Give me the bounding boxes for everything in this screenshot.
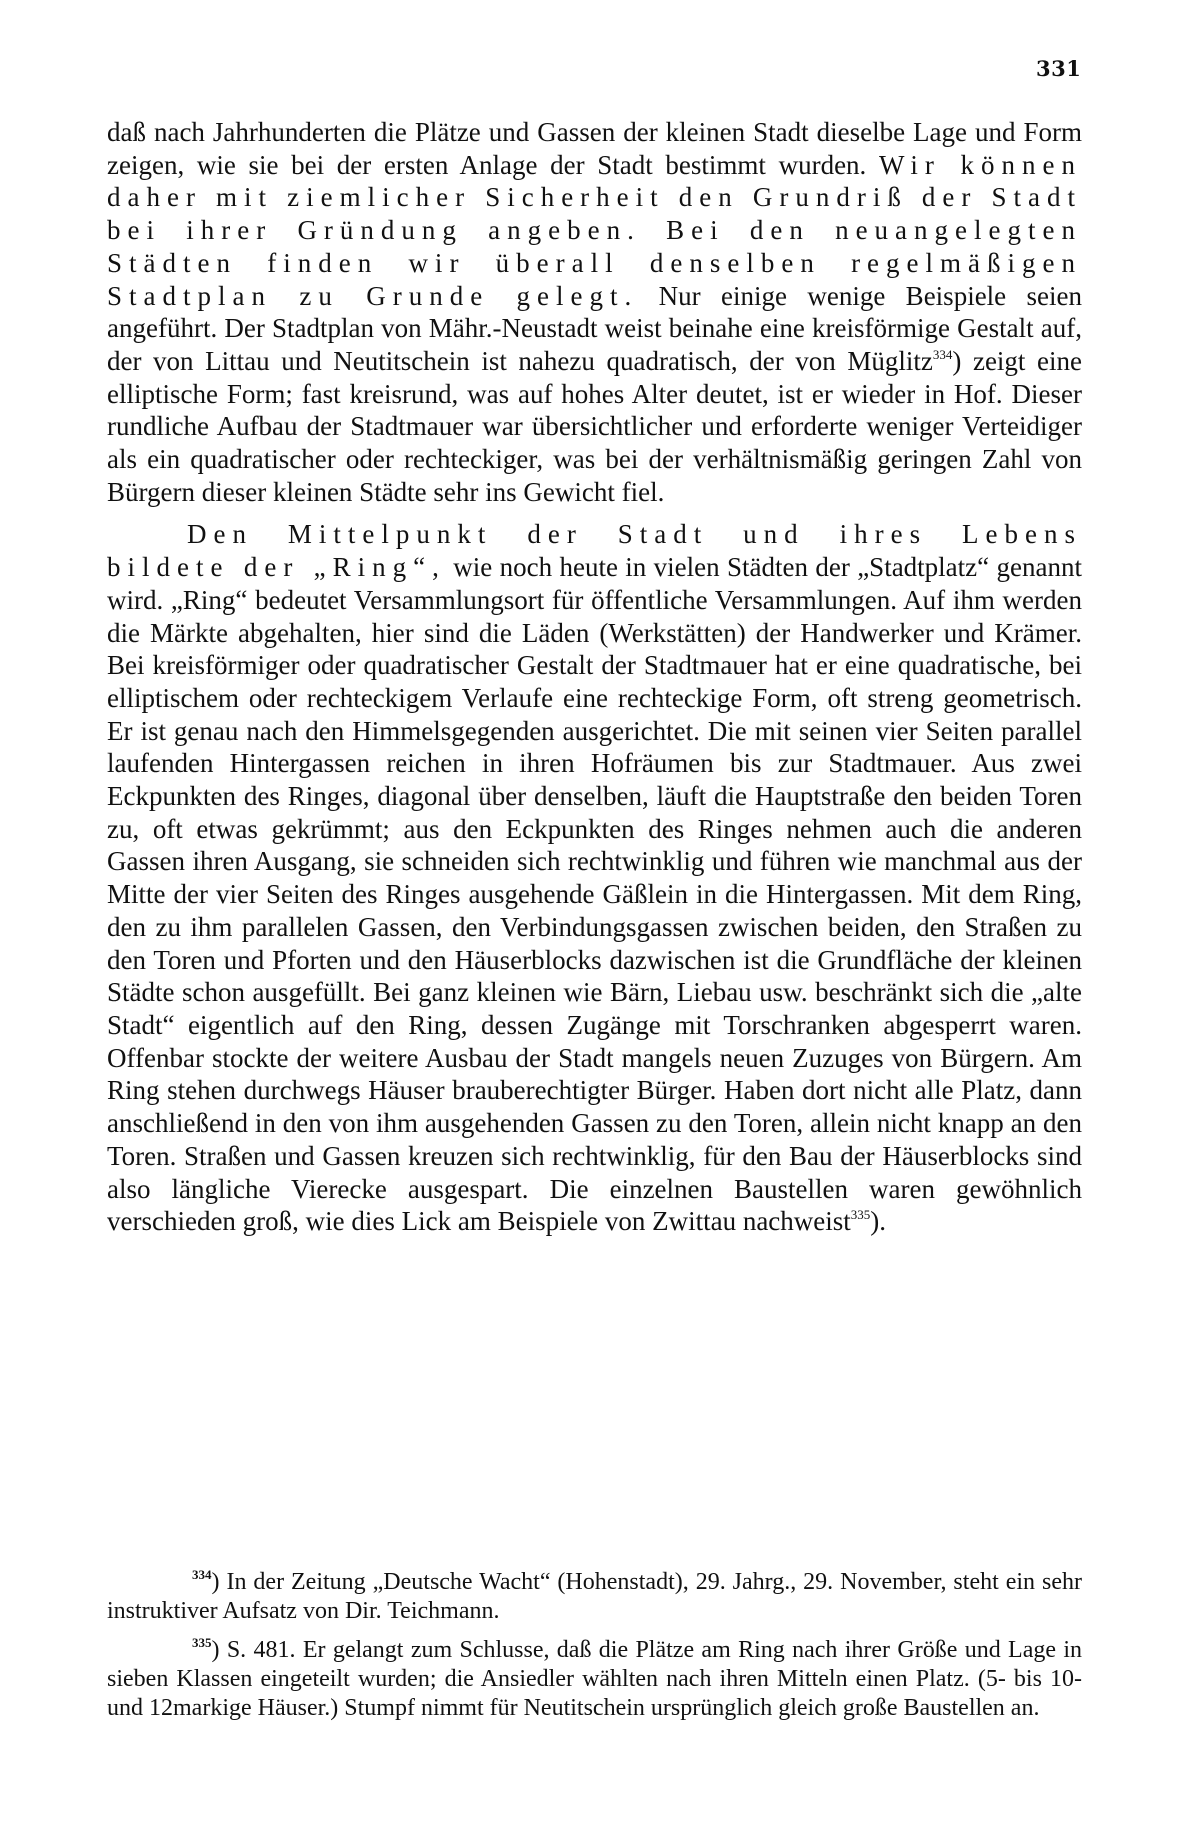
paragraph-2-body: wie noch heute in vielen Städten der „St…	[107, 552, 1082, 1236]
paragraph-1: daß nach Jahrhunderten die Plätze und Ga…	[107, 116, 1082, 508]
footnote-reference-335[interactable]: 335	[851, 1207, 871, 1222]
footnotes: 334) In der Zeitung „Deutsche Wacht“ (Ho…	[107, 1560, 1082, 1725]
footnote-reference-334[interactable]: 334	[933, 347, 953, 362]
paragraph-2-end: ).	[870, 1206, 886, 1236]
footnote-mark: 334	[192, 1567, 212, 1582]
page-number: 331	[1036, 56, 1081, 81]
footnote-text: ) S. 481. Er gelangt zum Schlusse, daß d…	[107, 1637, 1082, 1721]
main-text: daß nach Jahrhunderten die Plätze und Ga…	[107, 116, 1082, 1238]
footnote-text: ) In der Zeitung „Deutsche Wacht“ (Hohen…	[107, 1569, 1082, 1624]
paragraph-2: Den Mittelpunkt der Stadt und ihres Lebe…	[107, 518, 1082, 1237]
footnote-335: 335) S. 481. Er gelangt zum Schlusse, da…	[107, 1628, 1082, 1723]
footnote-334: 334) In der Zeitung „Deutsche Wacht“ (Ho…	[107, 1560, 1082, 1626]
footnote-mark: 335	[192, 1635, 212, 1650]
